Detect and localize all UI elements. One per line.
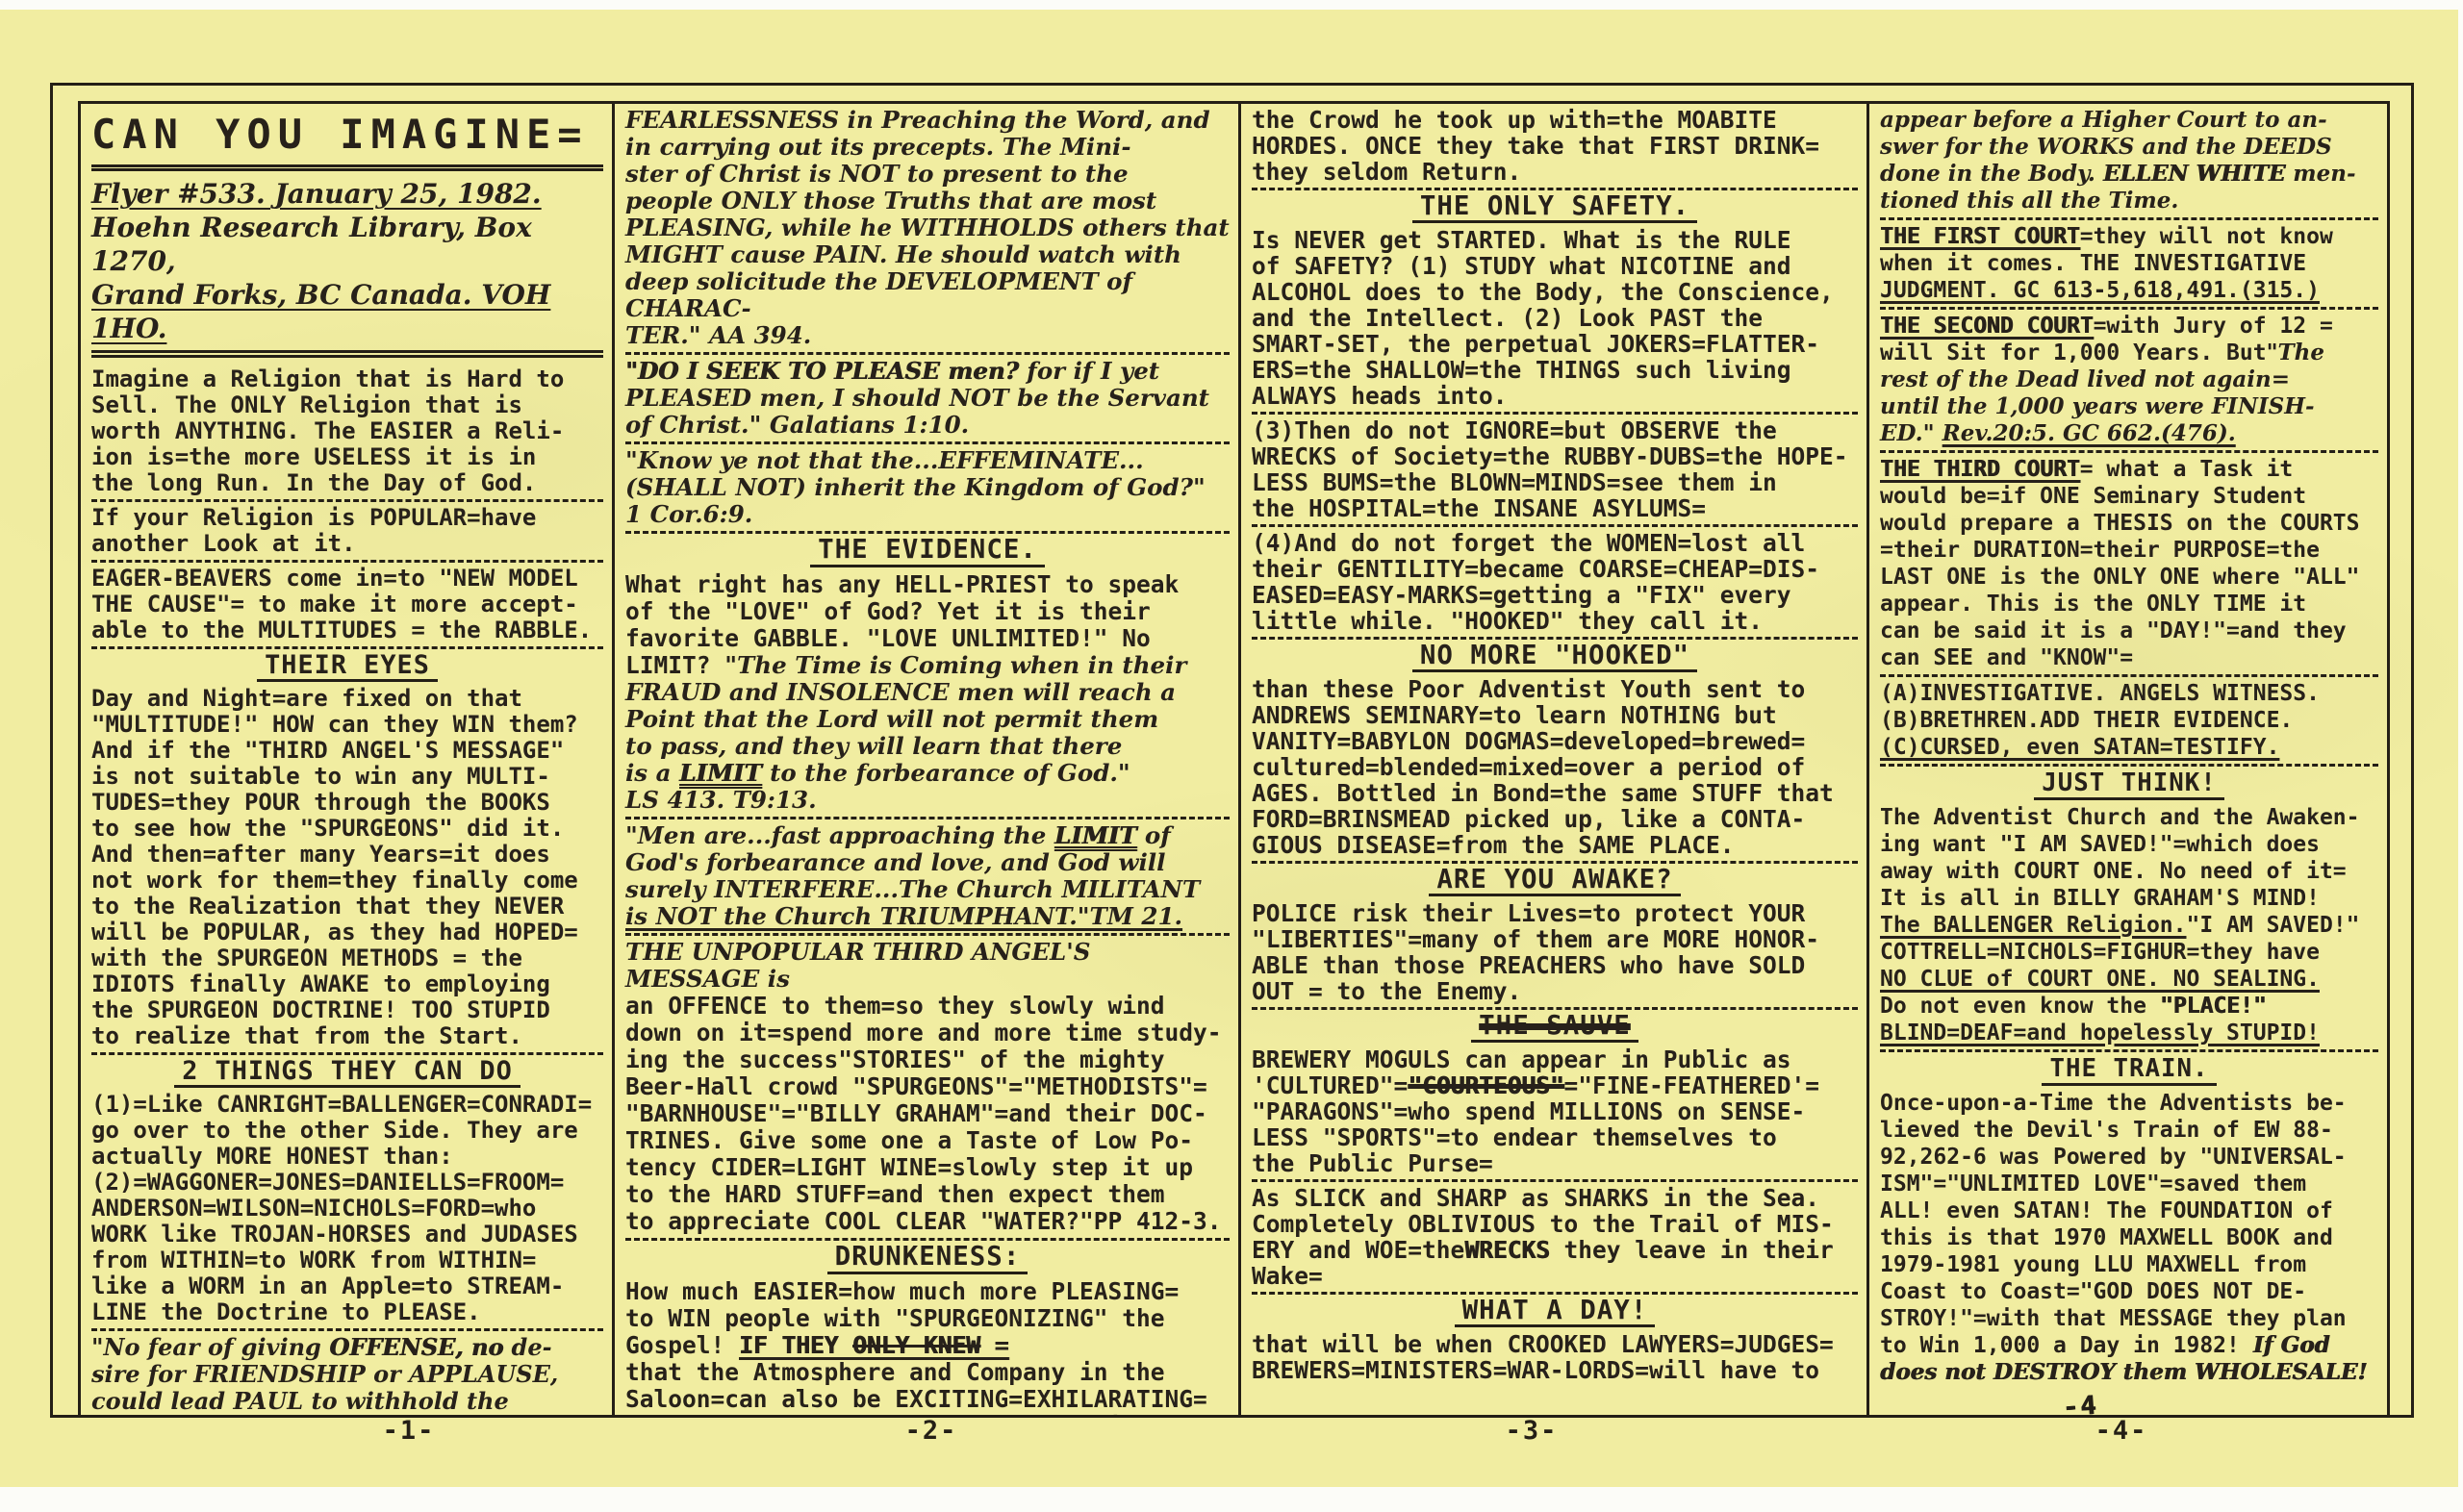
section-heading: NO MORE "HOOKED" [1252,643,1858,672]
text-segment: Imagine a Religion that is Hard to Sell.… [91,365,564,496]
paragraph: EAGER-BEAVERS come in=to "NEW MODEL THE … [91,566,603,643]
paragraph: What right has any HELL-PRIEST to speak … [625,571,1230,814]
text-segment: POLICE risk their Lives=to protect YOUR … [1252,899,1819,1005]
text-segment: "PLACE!" [2160,994,2267,1019]
paragraph: that will be when CROOKED LAWYERS=JUDGES… [1252,1331,1858,1383]
masthead-line: Grand Forks, BC Canada. VOH 1HO. [91,278,603,345]
section-heading-text: THEIR EYES [257,652,438,682]
paragraph: (4)And do not forget the WOMEN=lost all … [1252,530,1858,634]
page-number-4: -4- [2095,1416,2148,1446]
section-heading-text: ARE YOU AWAKE? [1429,867,1680,896]
dashed-separator [1880,764,2378,767]
text-segment: THE THIRD COURT [1880,457,2080,482]
paragraph: POLICE risk their Lives=to protect YOUR … [1252,900,1858,1004]
text-segment: "DO I SEEK TO PLEASE men? [625,357,1019,385]
page-number-1: -1- [383,1416,436,1446]
scanned-flyer: CAN YOU IMAGINE=Flyer #533. January 25, … [0,0,2463,1512]
text-segment: "Men are...fast approaching the [625,821,1054,849]
dashed-separator [1880,1049,2378,1052]
paragraph: "DO I SEEK TO PLEASE men? for if I yet P… [625,358,1230,439]
dashed-separator [625,817,1230,819]
text-segment: NO CLUE of COURT ONE. NO SEALING. [1880,967,2320,992]
paragraph: Imagine a Religion that is Hard to Sell.… [91,366,603,496]
dashed-separator [625,531,1230,534]
section-heading-text: THE EVIDENCE. [810,537,1045,567]
dashed-separator [1252,861,1858,864]
text-segment: "COURTEOUS" [1408,1071,1563,1099]
text-segment: Is NEVER get STARTED. What is the RULE o… [1252,226,1834,410]
paragraph: FEARLESSNESS in Preaching the Word, and … [625,107,1230,349]
dashed-separator [91,1052,603,1055]
text-segment: = what a Task it would be=if ONE Seminar… [1880,457,2360,670]
text-segment: LIMIT [1054,821,1137,849]
paragraph: BREWERY MOGULS can appear in Public as '… [1252,1046,1858,1176]
page-number-4-overprint: -4 [2062,1391,2099,1423]
section-heading-text: THE ONLY SAFETY. [1412,193,1697,223]
section-heading: THE TRAIN. [1880,1055,2378,1086]
text-segment: The Adventist Church and the Awaken- ing… [1880,805,2360,911]
text-segment: "Know ye not that the...EFFEMINATE... (S… [625,446,1206,528]
paragraph: "Know ye not that the...EFFEMINATE... (S… [625,447,1230,528]
dashed-separator [625,933,1230,936]
text-segment: WRECKS [1464,1236,1550,1264]
text-segment: Day and Night=are fixed on that "MULTITU… [91,685,578,1049]
text-segment: THE SECOND COURT [1880,314,2094,339]
paragraph: THE FIRST COURT=they will not know when … [1880,223,2378,304]
dashed-separator [91,1328,603,1331]
text-segment: (4)And do not forget the WOMEN=lost all … [1252,529,1819,635]
outer-rule-box: CAN YOU IMAGINE=Flyer #533. January 25, … [50,83,2414,1418]
dashed-separator [1252,412,1858,415]
text-segment: Once-upon-a-Time the Adventists be- liev… [1880,1091,2347,1358]
section-heading: THE SAUVE [1252,1013,1858,1043]
column-4: appear before a Higher Court to an- swer… [1869,104,2387,1415]
dashed-separator [1252,524,1858,527]
column-3: the Crowd he took up with=the MOABITE HO… [1241,104,1866,1415]
section-heading-text: NO MORE "HOOKED" [1412,643,1697,672]
text-segment: = [980,1331,1009,1359]
column-2: FEARLESSNESS in Preaching the Word, and … [615,104,1238,1415]
yellow-paper: CAN YOU IMAGINE=Flyer #533. January 25, … [0,10,2458,1487]
text-segment: an OFFENCE to them=so they slowly wind d… [625,992,1222,1235]
section-heading-text: 2 THINGS THEY CAN DO [174,1058,521,1088]
dashed-separator [1252,637,1858,640]
text-segment: If your Religion is POPULAR=have another… [91,504,536,557]
section-heading-text: THE SAUVE [1471,1013,1638,1043]
section-heading: THEIR EYES [91,652,603,682]
flyer-title: CAN YOU IMAGINE= [91,111,603,167]
dashed-separator [91,646,603,649]
section-heading-text: WHAT A DAY! [1455,1298,1656,1327]
paragraph: The Adventist Church and the Awaken- ing… [1880,804,2378,1046]
section-heading: ARE YOU AWAKE? [1252,867,1858,896]
text-segment: (A)INVESTIGATIVE. ANGELS WITNESS. (B)BRE… [1880,681,2320,733]
paragraph: As SLICK and SHARP as SHARKS in the Sea.… [1252,1185,1858,1289]
dashed-separator [91,560,603,563]
text-segment: the Crowd he took up with=the MOABITE HO… [1252,106,1819,186]
text-segment: JUDGMENT. GC 613-5,618,491.(315.) [1880,278,2320,303]
paragraph: If your Religion is POPULAR=have another… [91,505,603,557]
paragraph: THE UNPOPULAR THIRD ANGEL'S MESSAGE is a… [625,939,1230,1235]
text-segment: THE UNPOPULAR THIRD ANGEL'S MESSAGE is [625,938,1099,993]
text-segment: BLIND=DEAF=and hopelessly STUPID! [1880,1021,2320,1046]
section-heading: JUST THINK! [1880,769,2378,800]
dashed-separator [1252,1292,1858,1295]
text-segment: The BALLENGER Religion. [1880,913,2187,938]
masthead-line: Hoehn Research Library, Box 1270, [91,211,603,278]
paragraph: than these Poor Adventist Youth sent to … [1252,676,1858,858]
text-segment: Rev.20:5. GC 662.(476). [1942,420,2236,446]
section-heading: THE EVIDENCE. [625,537,1230,567]
text-segment: that the Atmosphere and Company in the S… [625,1358,1207,1415]
dashed-separator [1252,1179,1858,1182]
text-segment: ONLY KNEW [852,1331,980,1359]
text-segment: EAGER-BEAVERS come in=to "NEW MODEL THE … [91,565,592,643]
dashed-separator [91,499,603,502]
paragraph: "Men are...fast approaching the LIMIT of… [625,822,1230,930]
column-1: CAN YOU IMAGINE=Flyer #533. January 25, … [81,104,612,1415]
dashed-separator [1252,1007,1858,1010]
text-segment: (3)Then do not IGNORE=but OBSERVE the WR… [1252,416,1848,522]
paragraph: Once-upon-a-Time the Adventists be- liev… [1880,1090,2378,1386]
paragraph: Is NEVER get STARTED. What is the RULE o… [1252,227,1858,409]
text-segment: than these Poor Adventist Youth sent to … [1252,675,1834,859]
masthead-line: Flyer #533. January 25, 1982. [91,177,603,211]
paragraph: Day and Night=are fixed on that "MULTITU… [91,686,603,1049]
text-segment: THE FIRST COURT [1880,224,2080,249]
dashed-separator [1880,217,2378,220]
text-segment: OFFENSE, no [329,1333,503,1361]
dashed-separator [1252,188,1858,190]
text-segment: LIMIT [679,759,762,787]
paragraph: THE SECOND COURT=with Jury of 12 = will … [1880,313,2378,447]
text-segment: "No fear of giving [91,1333,329,1361]
inner-rule-box: CAN YOU IMAGINE=Flyer #533. January 25, … [78,101,2390,1415]
text-segment: IF THEY [739,1331,852,1359]
paragraph: How much EASIER=how much more PLEASING= … [625,1278,1230,1415]
section-heading: WHAT A DAY! [1252,1298,1858,1327]
paragraph: the Crowd he took up with=the MOABITE HO… [1252,107,1858,185]
dashed-separator [1880,450,2378,453]
text-segment: (1)=Like CANRIGHT=BALLENGER=CONRADI= go … [91,1091,592,1325]
dashed-separator [1880,307,2378,310]
masthead: Flyer #533. January 25, 1982.Hoehn Resea… [91,167,603,353]
section-heading: 2 THINGS THEY CAN DO [91,1058,603,1088]
paragraph: appear before a Higher Court to an- swer… [1880,107,2378,214]
text-segment: that will be when CROOKED LAWYERS=JUDGES… [1252,1330,1834,1384]
dashed-separator [625,441,1230,444]
text-segment: ELLEN WHITE [2103,161,2285,187]
page-number-3: -3- [1506,1416,1559,1446]
paragraph: "No fear of giving OFFENSE, no de- sire … [91,1334,603,1415]
section-heading: DRUNKENESS: [625,1244,1230,1274]
section-heading: THE ONLY SAFETY. [1252,193,1858,223]
paragraph: (A)INVESTIGATIVE. ANGELS WITNESS. (B)BRE… [1880,680,2378,761]
text-segment: Do not even know the [1880,994,2160,1019]
text-segment: is NOT the Church TRIUMPHANT."TM 21. [625,902,1182,930]
section-heading-text: DRUNKENESS: [827,1244,1028,1274]
dashed-separator [625,1238,1230,1241]
text-segment: FEARLESSNESS in Preaching the Word, and … [625,106,1230,349]
section-heading-text: JUST THINK! [2034,769,2224,800]
paragraph: THE THIRD COURT= what a Task it would be… [1880,456,2378,671]
page-number-2: -2- [905,1416,958,1446]
section-heading-text: THE TRAIN. [2042,1055,2216,1086]
dashed-separator [625,352,1230,355]
text-segment: (C)CURSED, even SATAN=TESTIFY. [1880,735,2279,760]
dashed-separator [1880,674,2378,677]
paragraph: (3)Then do not IGNORE=but OBSERVE the WR… [1252,417,1858,521]
paragraph: (1)=Like CANRIGHT=BALLENGER=CONRADI= go … [91,1092,603,1325]
